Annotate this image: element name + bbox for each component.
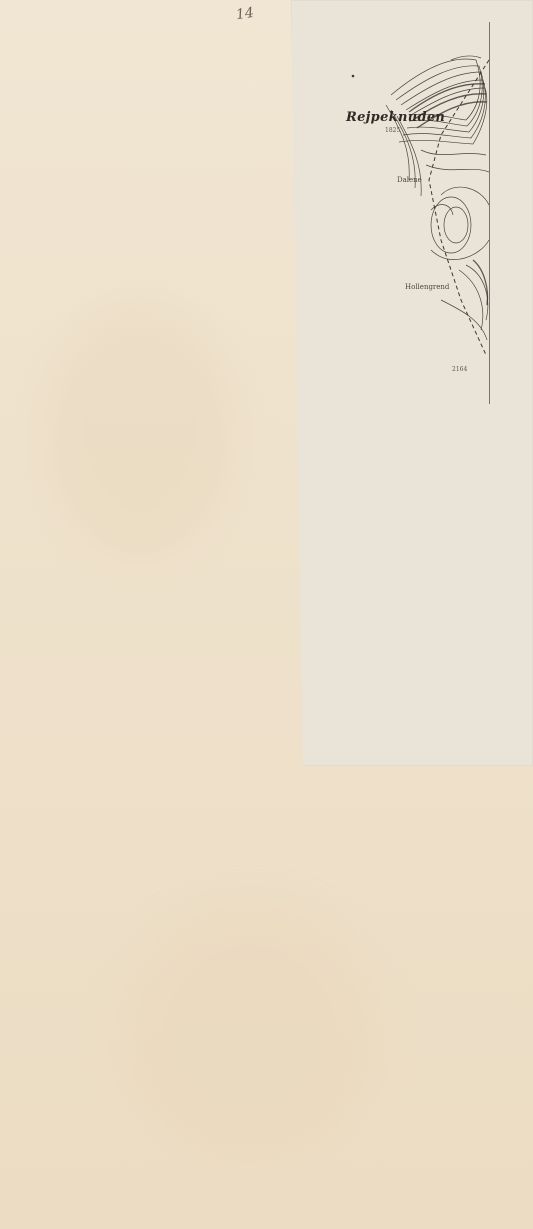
elevation-label-rejpeknuden: 1825' — [385, 127, 402, 134]
paper-stain — [40, 300, 240, 560]
place-label-hollengrend: Hollengrend — [405, 283, 449, 291]
topographic-relief — [291, 0, 533, 420]
map-frame-line — [489, 22, 490, 404]
page-number: 14 — [235, 5, 255, 23]
paper-stain — [120, 900, 380, 1160]
place-label-dalene: Dalene — [397, 176, 422, 184]
place-label-rejpeknuden: Rejpeknuden — [346, 110, 445, 125]
spot-height-label: 2164 — [452, 366, 467, 373]
